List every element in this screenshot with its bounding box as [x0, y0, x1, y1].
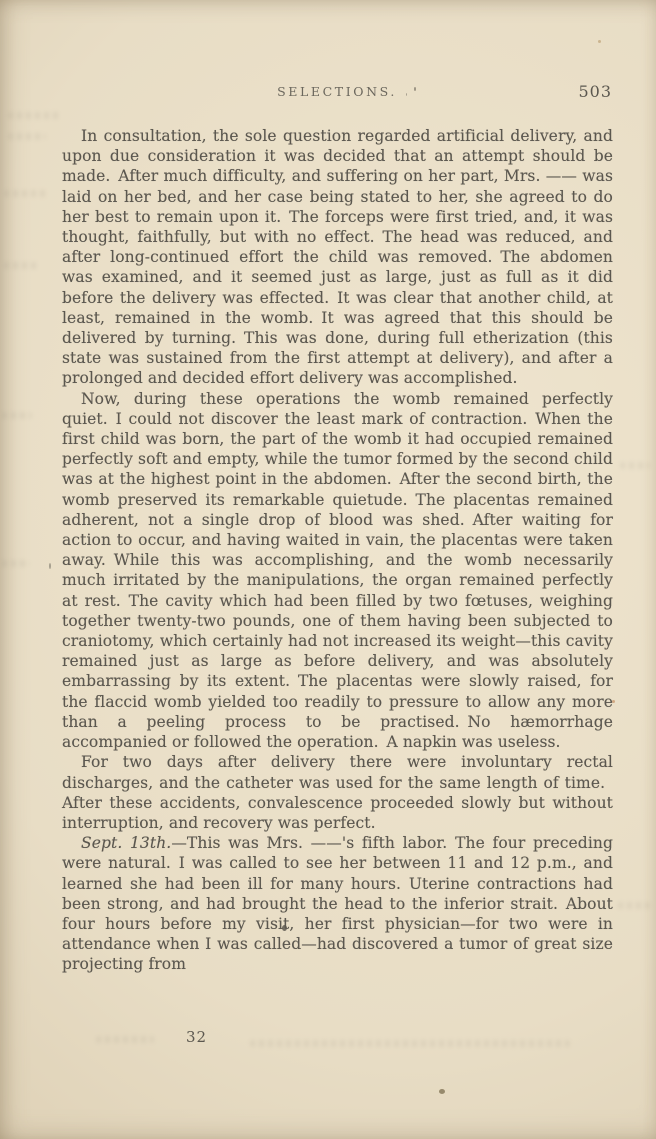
paper-speck [49, 563, 51, 569]
page-header: SELECTIONS. 503 [62, 84, 612, 104]
page-body: In consultation, the sole question regar… [62, 126, 613, 975]
date-lead: Sept. 13th. [81, 834, 171, 852]
page-number: 503 [578, 82, 612, 101]
paper-speck [598, 40, 601, 43]
paragraph: Now, during these operations the womb re… [62, 389, 613, 753]
running-title: SELECTIONS. [62, 84, 612, 99]
showthrough-smudge [2, 560, 30, 567]
showthrough-smudge [8, 133, 46, 140]
book-page-scan: SELECTIONS. 503 In consultation, the sol… [0, 0, 656, 1139]
showthrough-smudge [618, 902, 650, 909]
showthrough-smudge [2, 412, 32, 419]
paragraph: For two days after delivery there were i… [62, 752, 613, 833]
showthrough-smudge [8, 112, 60, 119]
showthrough-smudge [96, 1036, 154, 1043]
signature-mark: 32 [186, 1028, 207, 1046]
paper-speck [439, 1089, 445, 1094]
paragraph: In consultation, the sole question regar… [62, 126, 613, 389]
paragraph: Sept. 13th.—This was Mrs. ——'s fifth lab… [62, 833, 613, 974]
showthrough-smudge [4, 190, 48, 197]
showthrough-smudge [620, 462, 650, 469]
showthrough-smudge [250, 1040, 570, 1047]
showthrough-smudge [4, 262, 40, 269]
